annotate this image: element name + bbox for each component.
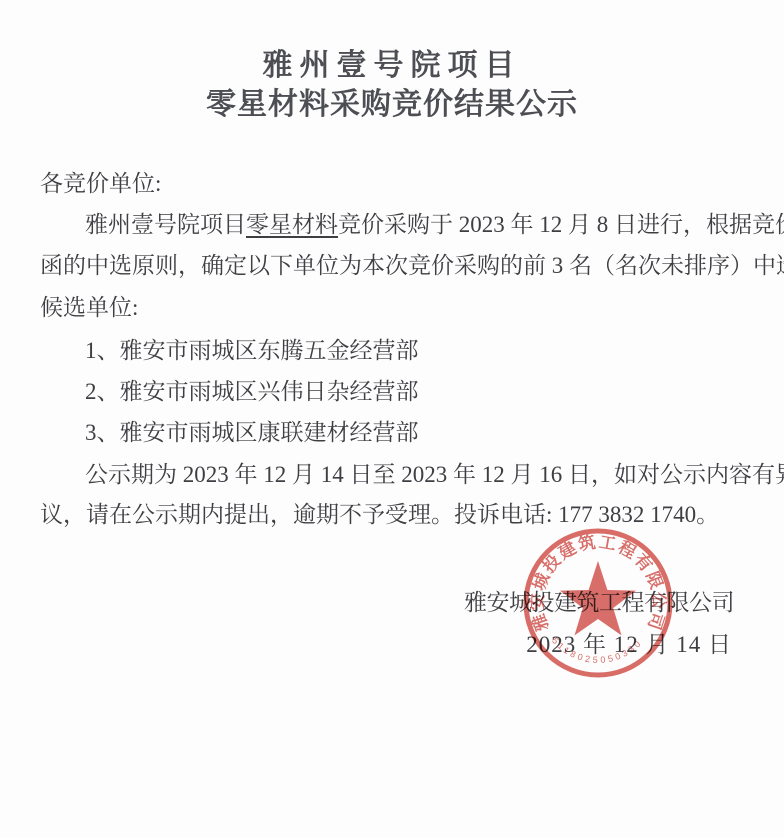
paragraph1-line2: 函的中选原则，确定以下单位为本次竞价采购的前 3 名（名次未排序）中选: [40, 251, 784, 281]
candidate-item-1: 1、雅安市雨城区东腾五金经营部: [85, 336, 419, 366]
paragraph1-line1-prefix: 雅州壹号院项目: [85, 212, 246, 237]
document-title-line1: 雅州壹号院项目: [0, 40, 784, 84]
paragraph2-line2: 议，请在公示期内提出，逾期不予受理。投诉电话: 177 3832 1740。: [40, 500, 719, 530]
paragraph1-line1-underlined: 零星材料: [246, 212, 338, 237]
salutation: 各竞价单位:: [40, 169, 161, 199]
signature-company: 雅安城投建筑工程有限公司: [464, 584, 734, 617]
paragraph1-line1-suffix: 竞价采购于 2023 年 12 月 8 日进行，根据竞价: [338, 212, 784, 237]
announcement-document: 雅州壹号院项目 零星材料采购竞价结果公示 各竞价单位: 雅州壹号院项目零星材料竞…: [0, 0, 784, 838]
candidate-item-3: 3、雅安市雨城区康联建材经营部: [85, 418, 419, 448]
paragraph1-line1: 雅州壹号院项目零星材料竞价采购于 2023 年 12 月 8 日进行，根据竞价: [85, 210, 784, 240]
paragraph1-line3: 候选单位:: [40, 293, 138, 323]
paragraph2-line1: 公示期为 2023 年 12 月 14 日至 2023 年 12 月 16 日，…: [85, 460, 784, 490]
document-title-line2: 零星材料采购竞价结果公示: [0, 79, 784, 123]
candidate-item-2: 2、雅安市雨城区兴伟日杂经营部: [85, 377, 419, 407]
signature-date: 2023 年 12 月 14 日: [526, 626, 732, 659]
seal-arc-text: 雅安城投建筑工程有限公司: [527, 531, 668, 633]
